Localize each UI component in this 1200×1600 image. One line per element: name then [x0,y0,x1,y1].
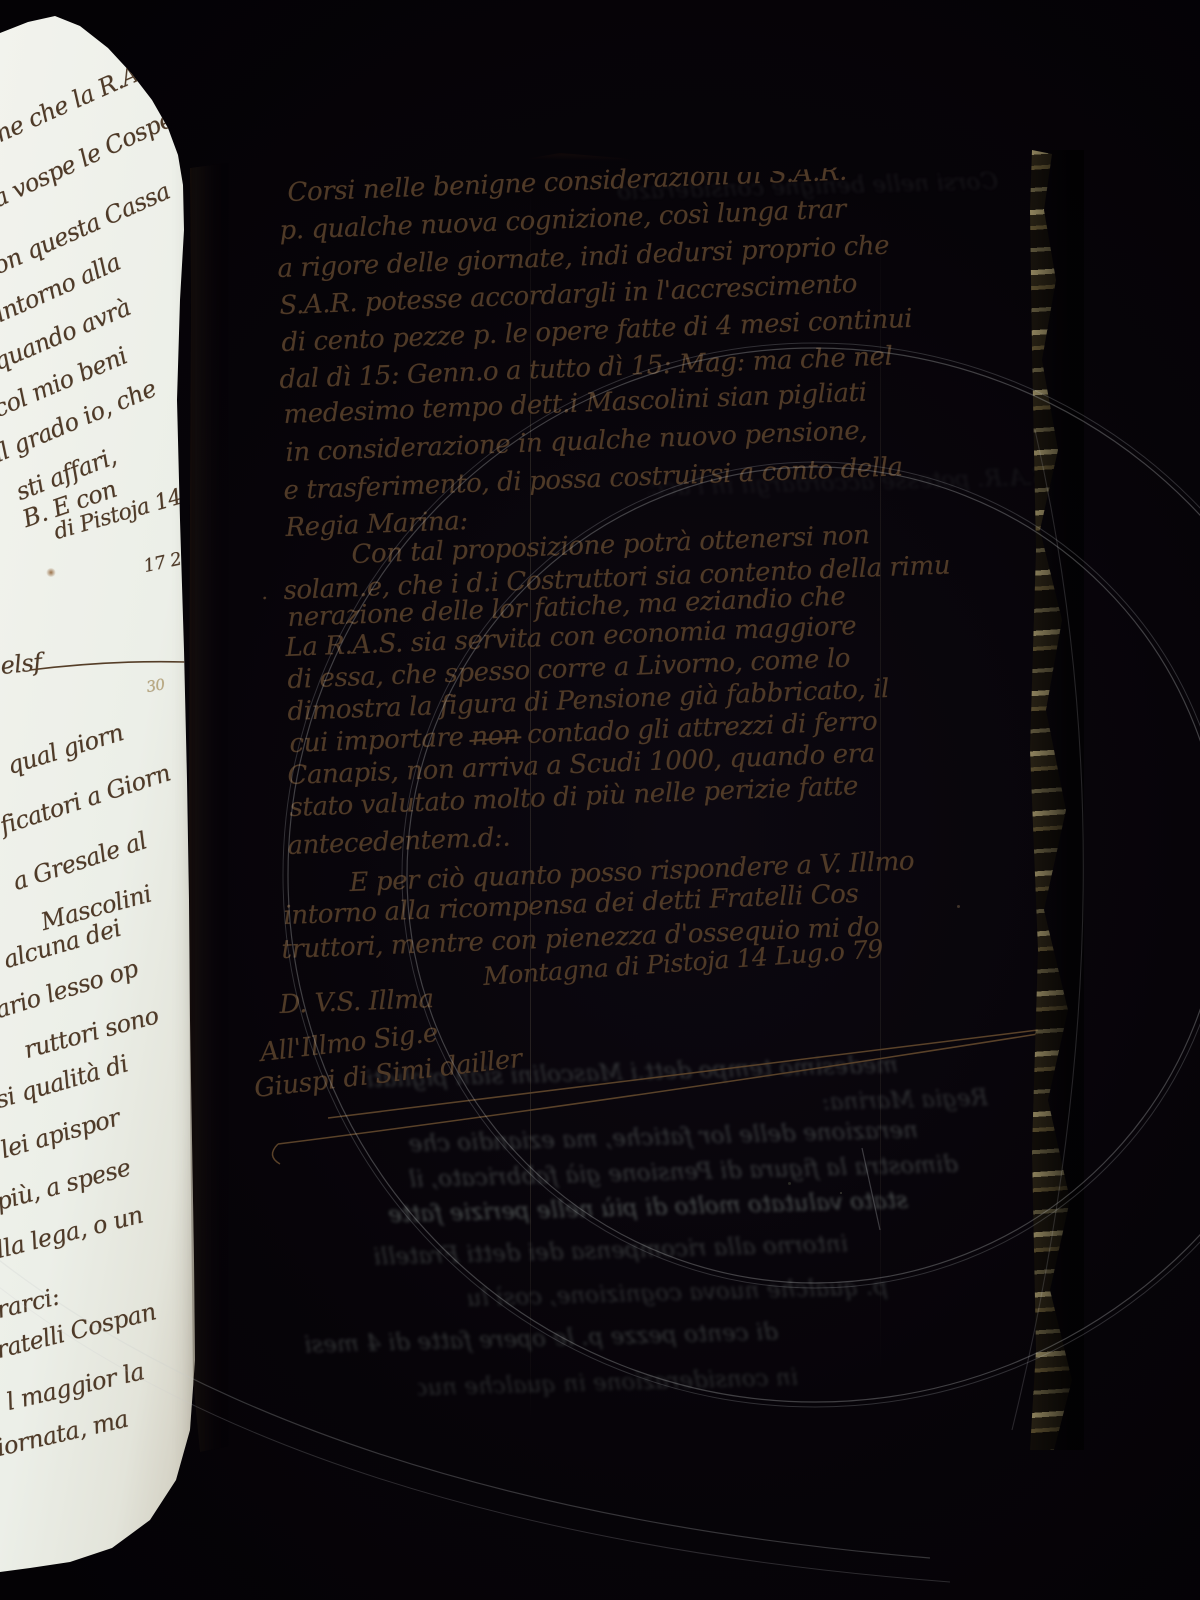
burn-mark-bottom [568,1452,898,1470]
edge-speck [560,1424,564,1427]
ghost-line: in considerazione in qualche nuovo pensi… [418,1365,799,1402]
manuscript-line: antecedentem.d:. [287,822,511,861]
binding-edge-shadow [1030,150,1084,1450]
ink-speck [788,1182,791,1185]
valediction: D. V.S. Illma [279,984,434,1020]
ghost-line: intorno alla ricompensa dei detti Fratel… [368,1231,849,1270]
ink-speck [957,905,960,908]
edge-speck [513,1428,518,1432]
left-page-fragment: lei apispor [0,1103,123,1164]
ghost-line: stato valutato molto di più nelle perizi… [308,1188,908,1231]
left-page-fragment: rarci: [0,1282,62,1324]
margin-dot: · [261,586,268,610]
left-page: ne che la R.A.S.a vospe le Cosperon ques… [0,0,210,1600]
left-page-fragment: 17 29 [142,546,194,577]
right-page: Corsi nelle benigne considerazioni di S.… [188,140,1060,1470]
burn-mark-top [398,140,828,164]
ghost-line: di cento pezze p. le opere fatte di 4 me… [298,1319,779,1358]
left-page-fragment: qual giorn [4,718,127,780]
ghost-line: nerazione delle lor fatiche, ma eziandio… [298,1117,918,1160]
left-page-fragment: elsf [0,648,43,680]
ink-speck [840,1192,842,1194]
foxing-spot [46,568,56,577]
left-page-number: 30 [145,675,166,696]
manuscript-photo: ne che la R.A.S.a vospe le Cosperon ques… [0,0,1200,1600]
left-page-fragment: l maggior la [4,1357,147,1416]
